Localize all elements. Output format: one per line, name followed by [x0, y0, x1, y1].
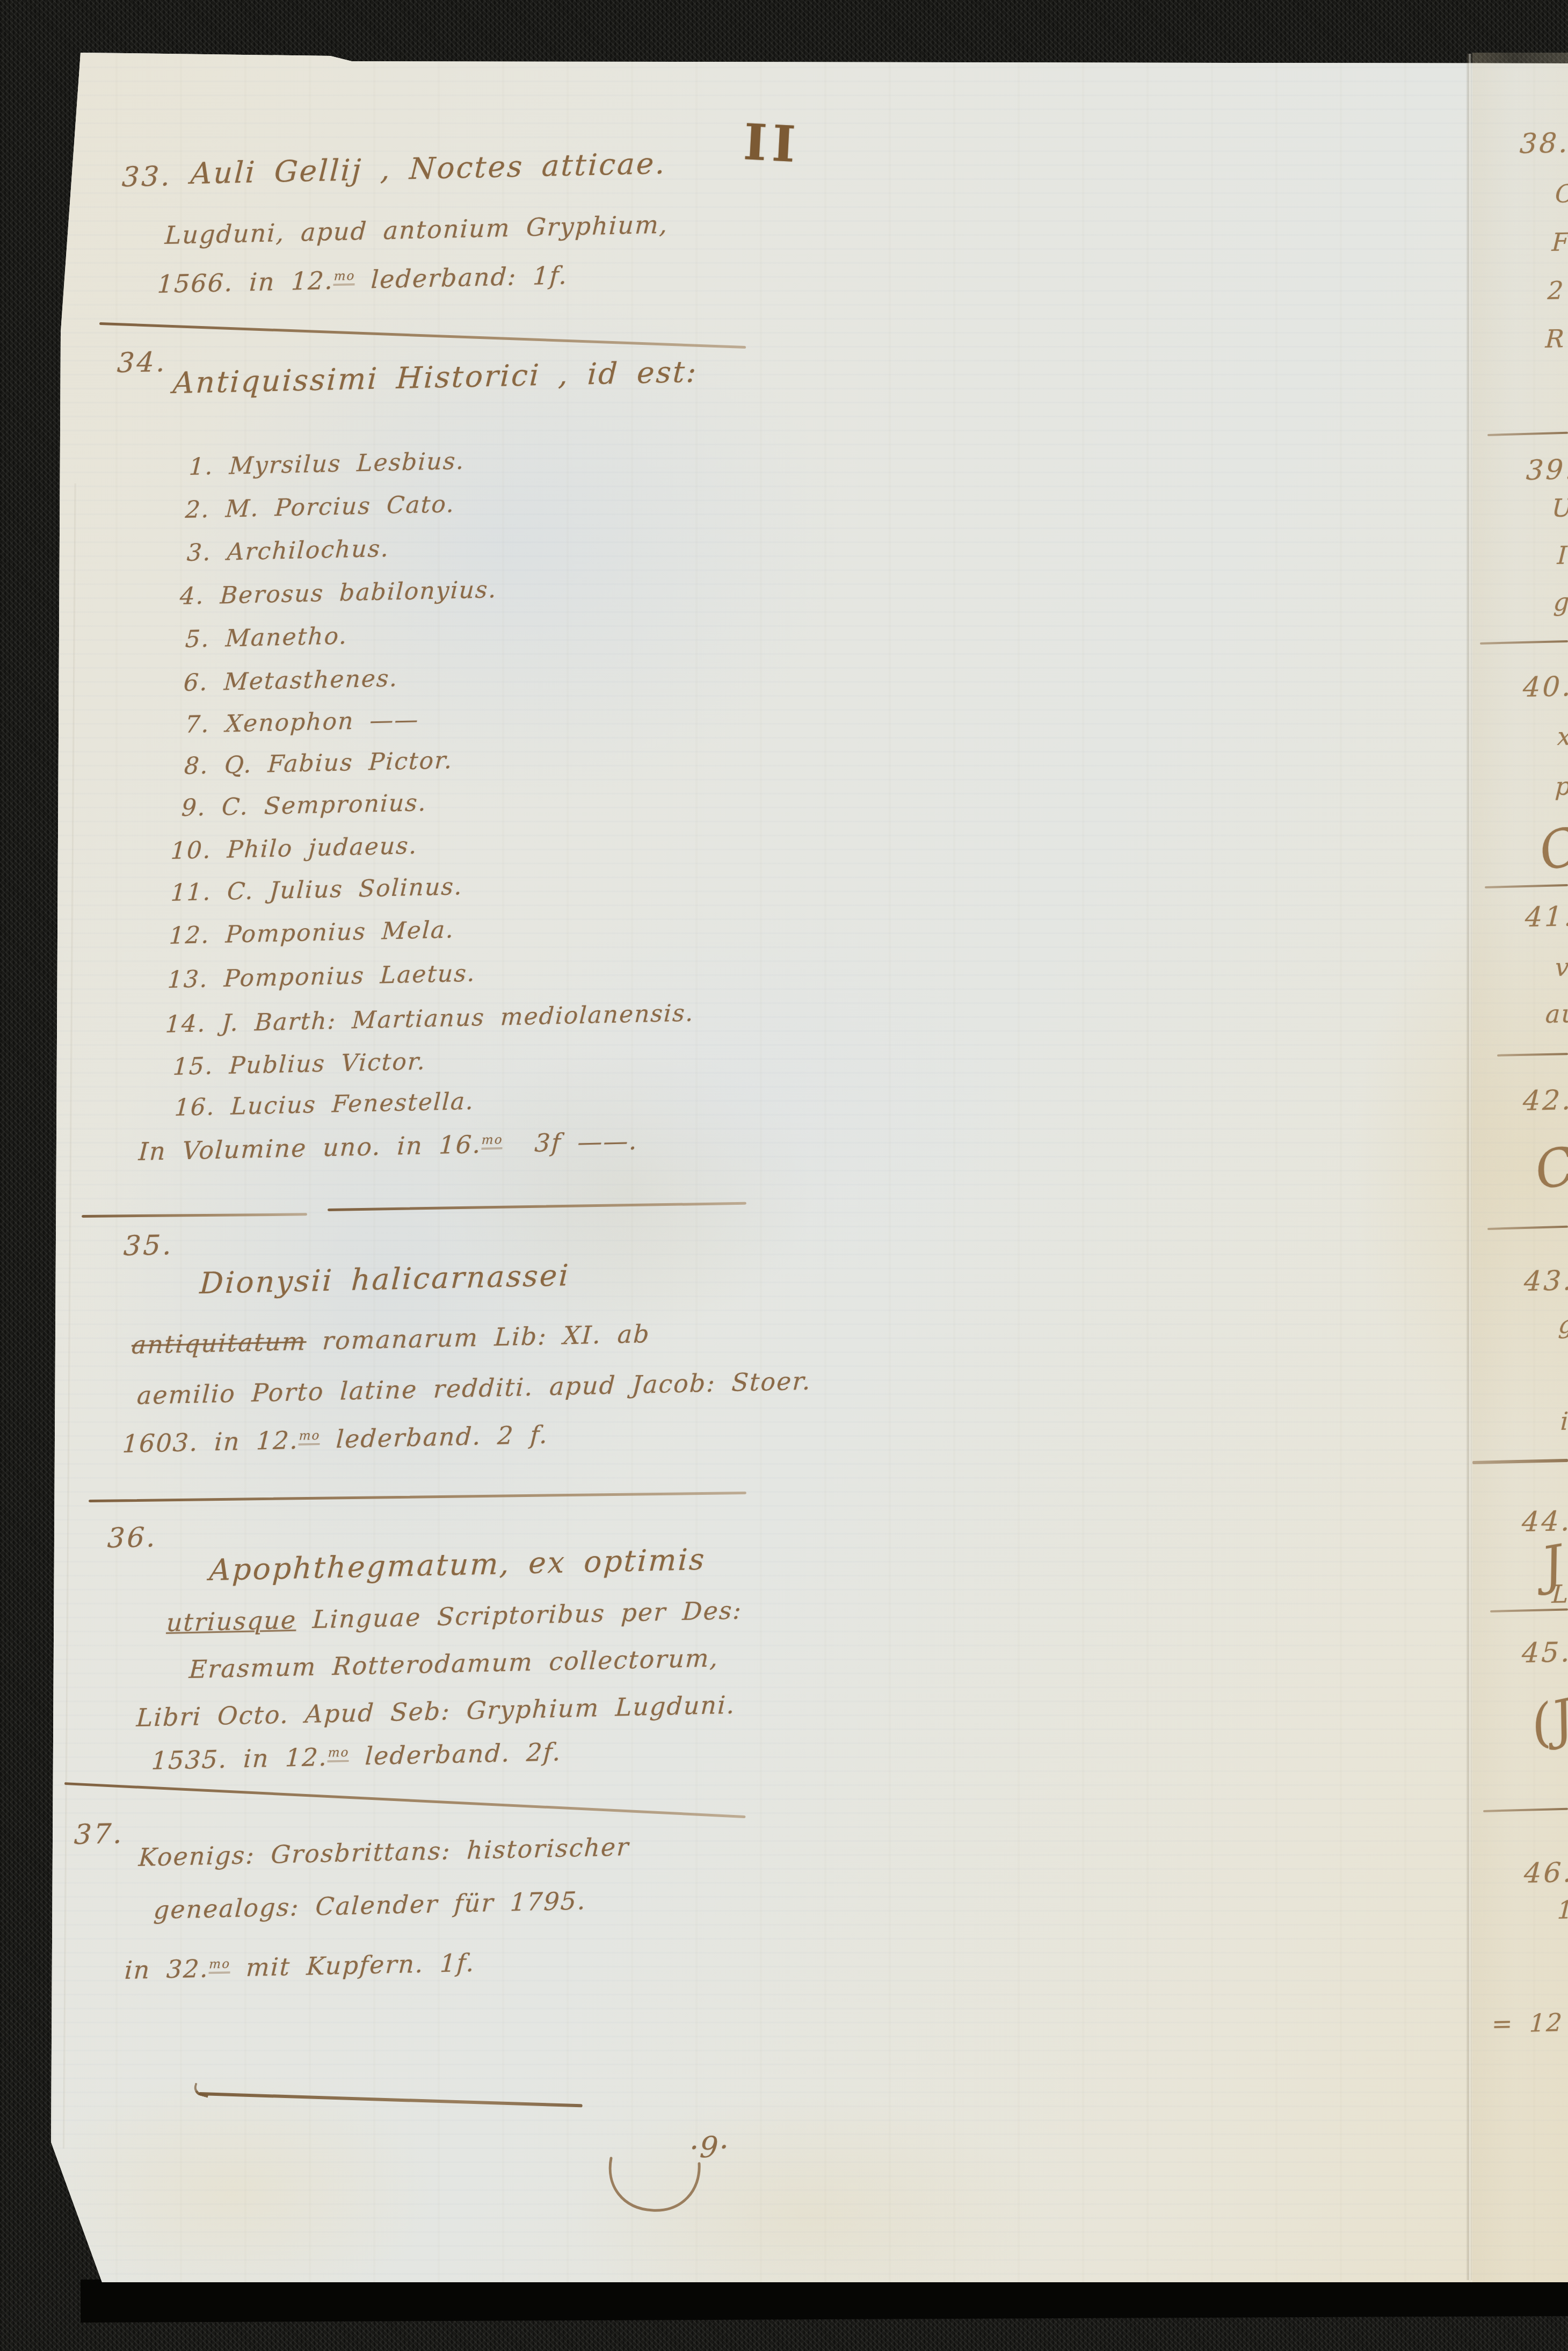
- list-item: 15. Publius Victor.: [172, 1048, 427, 1081]
- list-item: 10. Philo judaeus.: [170, 833, 418, 865]
- format-superscript: mo: [299, 1429, 321, 1445]
- entry-38-number: 38.: [1519, 128, 1568, 161]
- entry-37-number: 37.: [74, 1819, 125, 1851]
- entry-36-number: 36.: [107, 1522, 158, 1555]
- entry-34-number: 34.: [117, 347, 168, 380]
- cutoff-text-fragment: 2: [1547, 276, 1565, 305]
- format-text: 3f ——.: [502, 1126, 638, 1159]
- cutoff-text-fragment: au: [1545, 1000, 1568, 1029]
- entry-39-number: 39.: [1526, 454, 1568, 487]
- entry-40-number: 40.: [1522, 671, 1568, 704]
- cutoff-text-fragment: v: [1555, 953, 1568, 982]
- format-text: lederband. 2 f.: [320, 1420, 549, 1454]
- entry-45-number: 45.: [1521, 1637, 1568, 1670]
- cutoff-text-fragment: g: [1553, 588, 1568, 617]
- format-text: lederband. 2f.: [349, 1737, 562, 1771]
- entry-46-number: 46.: [1523, 1857, 1568, 1890]
- cutoff-text-fragment: Ce: [1555, 179, 1568, 208]
- format-text: in 32.: [124, 1954, 210, 1985]
- format-superscript: mo: [333, 269, 355, 286]
- entry-41-number: 41.: [1525, 901, 1568, 934]
- entry-35-number: 35.: [123, 1230, 175, 1263]
- cutoff-text-fragment: F: [1551, 228, 1568, 257]
- format-text: lederband: 1f.: [354, 261, 569, 294]
- format-text: 1566. in 12.: [157, 266, 335, 299]
- list-item: 3. Archilochus.: [186, 536, 390, 567]
- list-item: 5. Manetho.: [185, 623, 349, 653]
- cutoff-text-fragment: 1: [1557, 1896, 1568, 1925]
- cutoff-text-fragment: g: [1558, 1310, 1568, 1339]
- cutoff-text-fragment: i: [1560, 1407, 1568, 1436]
- cutoff-text-fragment: x: [1557, 722, 1568, 751]
- entry-33-number: 33.: [121, 161, 173, 194]
- cutoff-text-fragment: = 12: [1491, 2008, 1564, 2038]
- cutoff-text-fragment: p: [1555, 772, 1568, 801]
- entry-43-number: 43.: [1523, 1265, 1568, 1298]
- entry-44-number: 44.: [1521, 1506, 1568, 1539]
- list-item: 9. C. Sempronius.: [181, 790, 427, 822]
- cutoff-text-fragment: I: [1557, 541, 1568, 570]
- format-text: mit Kupfern. 1f.: [229, 1948, 475, 1983]
- cutoff-text-fragment: U: [1551, 494, 1568, 523]
- page-mark: II: [743, 117, 802, 169]
- format-text: 1603. in 12.: [122, 1426, 300, 1458]
- list-item: 7. Xenophon ——: [185, 706, 420, 739]
- format-superscript: mo: [481, 1133, 503, 1149]
- format-text: 1535. in 12.: [151, 1742, 329, 1775]
- struck-word: antiquitatum: [131, 1327, 307, 1359]
- list-item: 6. Metasthenes.: [183, 665, 399, 697]
- gutter-fold-crease: [1466, 54, 1472, 2280]
- cutoff-text-fragment: R: [1545, 324, 1566, 353]
- cutoff-text-fragment: L: [1551, 1580, 1568, 1609]
- manuscript-scan: II 33. Auli Gellij , Noctes atticae. Lug…: [0, 0, 1568, 2351]
- page-number-flourish-icon: [601, 2149, 720, 2218]
- format-superscript: mo: [328, 1746, 350, 1762]
- format-superscript: mo: [209, 1957, 231, 1973]
- entry-42-number: 42.: [1522, 1085, 1568, 1118]
- underlined-word: utriusque: [166, 1605, 297, 1637]
